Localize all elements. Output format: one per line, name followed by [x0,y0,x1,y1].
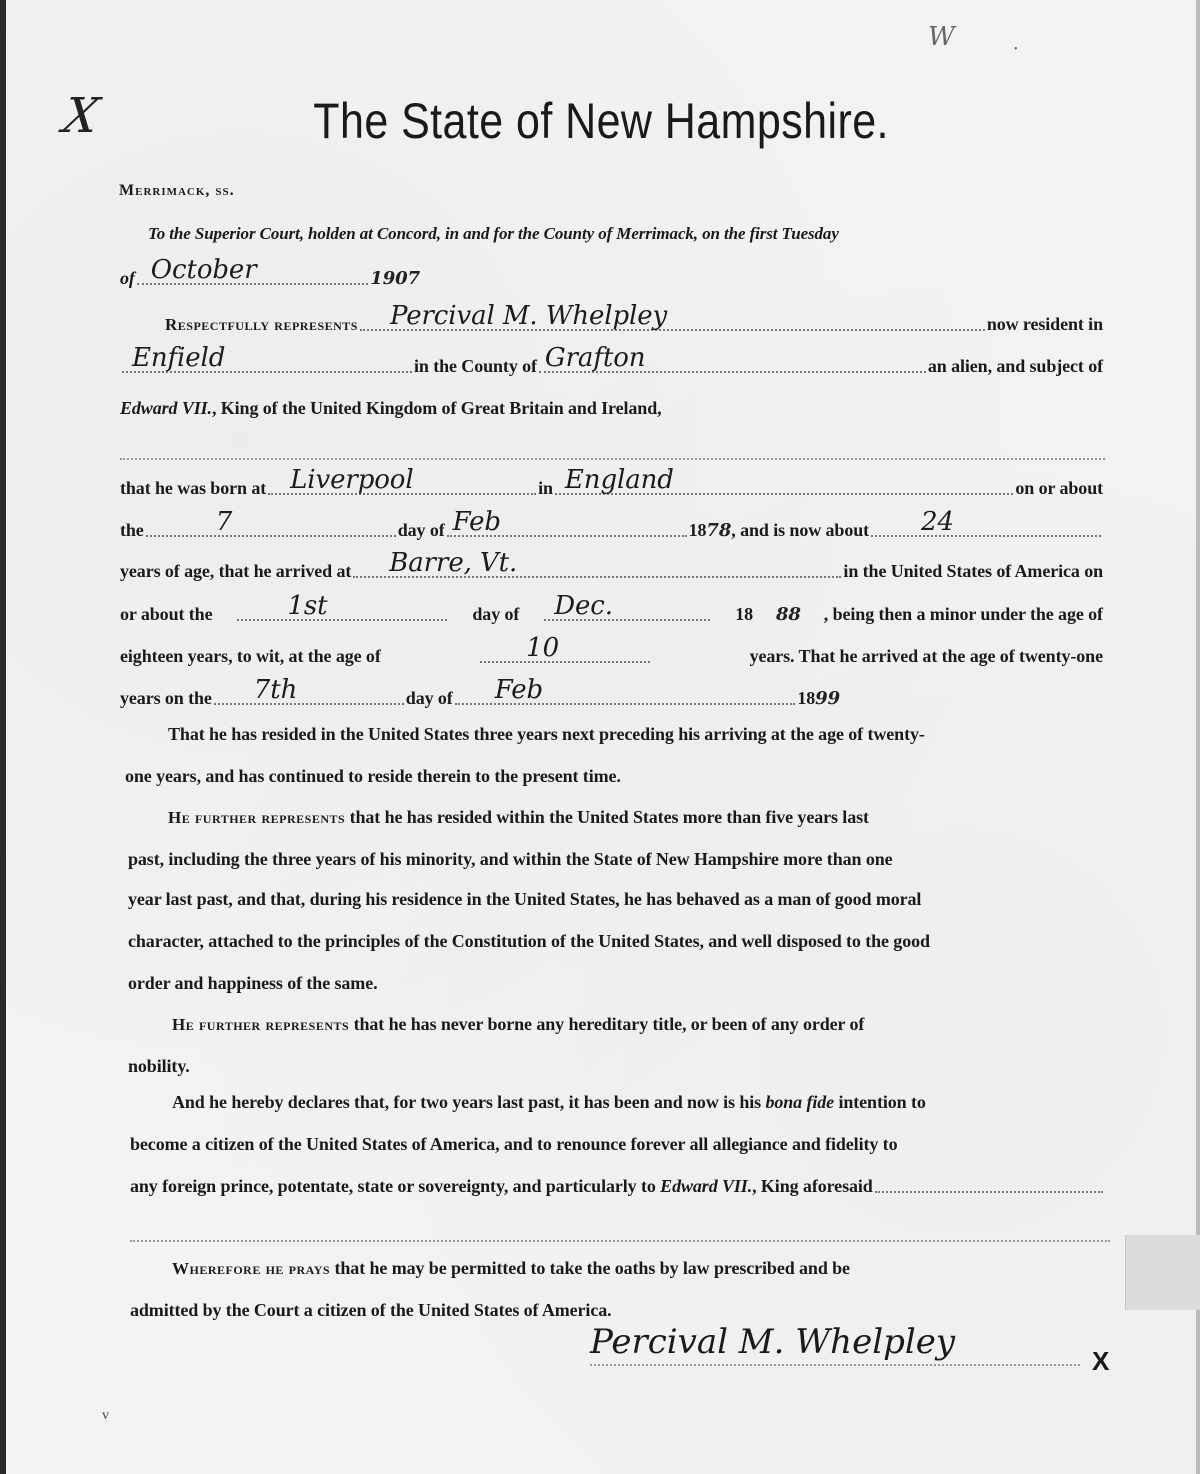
further-represents-1-text: that he has resided within the United St… [345,807,869,827]
age-value: 24 [921,507,954,537]
tick-mark: v [102,1408,109,1424]
day-of-label: day of [398,520,445,541]
age-field: 24 [871,534,1101,537]
town-field: Enfield [122,370,412,373]
arrival-year-prefix: 18 [735,604,753,625]
term-year: 1907 [370,268,420,289]
document-title: The State of New Hampshire. [85,92,1117,150]
bona-fide-text: bona fide [765,1092,834,1112]
years-label: years. That he arrived at the age of twe… [750,646,1103,667]
sovereign-title: , King of the United Kingdom of Great Br… [212,398,662,418]
petitioner-signature: Percival M. Whelpley [590,1322,955,1362]
arrival-age-value: 10 [526,633,559,663]
petitioner-name-value: Percival M. Whelpley [390,301,667,331]
declaration-line-3: any foreign prince, potentate, state or … [130,1176,1105,1197]
declaration-line-1: And he hereby declares that, for two yea… [172,1092,1162,1113]
arrival-place-value: Barre, Vt. [389,548,517,578]
usa-label: in the United States of America on [843,561,1103,582]
prayer-line-1: Wherefore he prays that he may be permit… [172,1258,1162,1279]
signature-x-mark: X [1092,1346,1109,1377]
court-address: To the Superior Court, holden at Concord… [148,224,1100,244]
the-label: the [120,520,144,541]
birth-day-field: 7 [146,534,396,537]
sovereign-line: Edward VII., King of the United Kingdom … [120,398,1110,419]
term-month-field: October [137,282,369,285]
birth-city-field: Liverpool [268,492,536,495]
further-represents-2-line-1: He further represents that he has never … [172,1014,1162,1035]
further-represents-1-line-4: character, attached to the principles of… [128,931,1118,952]
birth-day-value: 7 [216,507,232,537]
birthplace-line: that he was born at Liverpool in England… [120,478,1103,499]
sovereign-name-2: Edward VII. [660,1176,752,1197]
prayer-line-2: admitted by the Court a citizen of the U… [130,1300,1120,1321]
respectfully-represents-label: Respectfully represents [165,315,358,335]
eighteen-label: eighteen years, to wit, at the age of [120,646,381,667]
declaration-text-a: And he hereby declares that, for two yea… [172,1092,765,1112]
on-or-about-label: on or about [1015,478,1103,499]
arrival-day-field: 1st [237,618,447,621]
resided-paragraph-line-2: one years, and has continued to reside t… [125,766,1115,787]
birth-year-prefix: 18 [689,520,707,541]
minor-label: , being then a minor under the age of [824,604,1103,625]
birth-country-field: England [555,492,1013,495]
venue-label: Merrimack, ss. [119,182,235,200]
arrival-age-line: eighteen years, to wit, at the age of 10… [120,646,1103,667]
blank-dotted-line [120,458,1105,460]
handwritten-w-mark: W [928,22,955,52]
wherefore-label: Wherefore he prays [172,1259,330,1278]
further-represents-label-2: He further represents [172,1015,349,1034]
naturalization-petition-page: X W • The State of New Hampshire. Merrim… [0,0,1200,1474]
further-represents-2-line-2: nobility. [128,1056,1118,1077]
resided-paragraph-line-1: That he has resided in the United States… [168,724,1158,745]
arrival-month-field: Dec. [544,618,710,621]
majority-year-suffix: 99 [815,688,840,709]
birth-country-value: England [565,465,674,495]
arrival-day-value: 1st [287,591,327,621]
majority-day-field: 7th [214,702,404,705]
signature-line [590,1364,1080,1366]
aforesaid-dotted-fill [875,1190,1103,1193]
of-label: of [120,268,135,289]
county-label: in the County of [414,356,537,377]
birth-month-field: Feb [447,534,687,537]
majority-day-of-label: day of [406,688,453,709]
declaration-line-2: become a citizen of the United States of… [130,1134,1120,1155]
declaration-text-c: intention to [834,1092,926,1112]
king-aforesaid-text: , King aforesaid [752,1176,873,1197]
majority-month-field: Feb [455,702,796,705]
now-resident-label: now resident in [987,314,1103,335]
in-label: in [538,478,553,499]
prayer-text: that he may be permitted to take the oat… [330,1258,850,1278]
arrival-place-line: years of age, that he arrived at Barre, … [120,561,1103,582]
declaration-text-3a: any foreign prince, potentate, state or … [130,1176,656,1197]
further-represents-2-text: that he has never borne any hereditary t… [349,1014,864,1034]
birth-year-suffix: 78 [706,520,731,541]
alien-subject-label: an alien, and subject of [928,356,1103,377]
petitioner-name-field: Percival M. Whelpley [360,328,985,331]
arrival-place-field: Barre, Vt. [353,575,841,578]
petitioner-line: Respectfully represents Percival M. Whel… [165,314,1103,335]
further-represents-1-line-5: order and happiness of the same. [128,973,1118,994]
birth-month-value: Feb [453,507,501,537]
county-field: Grafton [539,370,926,373]
town-value: Enfield [132,343,225,373]
further-represents-1-line-3: year last past, and that, during his res… [128,889,1118,910]
arrival-date-line: or about the 1st day of Dec. 1888 , bein… [120,604,1103,625]
further-represents-label: He further represents [168,808,345,827]
further-represents-1-line-2: past, including the three years of his m… [128,849,1118,870]
term-month-value: October [151,255,257,285]
arrival-day-of-label: day of [472,604,519,625]
majority-month-value: Feb [495,675,543,705]
ink-dot: • [1014,44,1018,55]
further-represents-1-line-1: He further represents that he has reside… [168,807,1158,828]
birthdate-line: the 7 day of Feb 1878 , and is now about… [120,520,1103,541]
majority-day-value: 7th [254,675,297,705]
years-on-label: years on the [120,688,212,709]
blank-dotted-line-2 [130,1240,1110,1242]
arrival-month-value: Dec. [554,591,613,621]
birth-city-value: Liverpool [290,465,413,495]
county-value: Grafton [545,343,645,373]
sovereign-name: Edward VII. [120,398,212,418]
court-term-line: of October 1907 [120,268,420,289]
or-about-label: or about the [120,604,212,625]
arrival-year-suffix: 88 [776,604,801,625]
arrived-at-label: years of age, that he arrived at [120,561,351,582]
now-about-label: , and is now about [731,520,869,541]
arrival-age-field: 10 [480,660,650,663]
born-at-label: that he was born at [120,478,266,499]
majority-date-line: years on the 7th day of Feb 1899 [120,688,840,709]
scan-edge-left [0,0,6,1474]
majority-year-prefix: 18 [797,688,815,709]
residence-line: Enfield in the County of Grafton an alie… [120,356,1103,377]
